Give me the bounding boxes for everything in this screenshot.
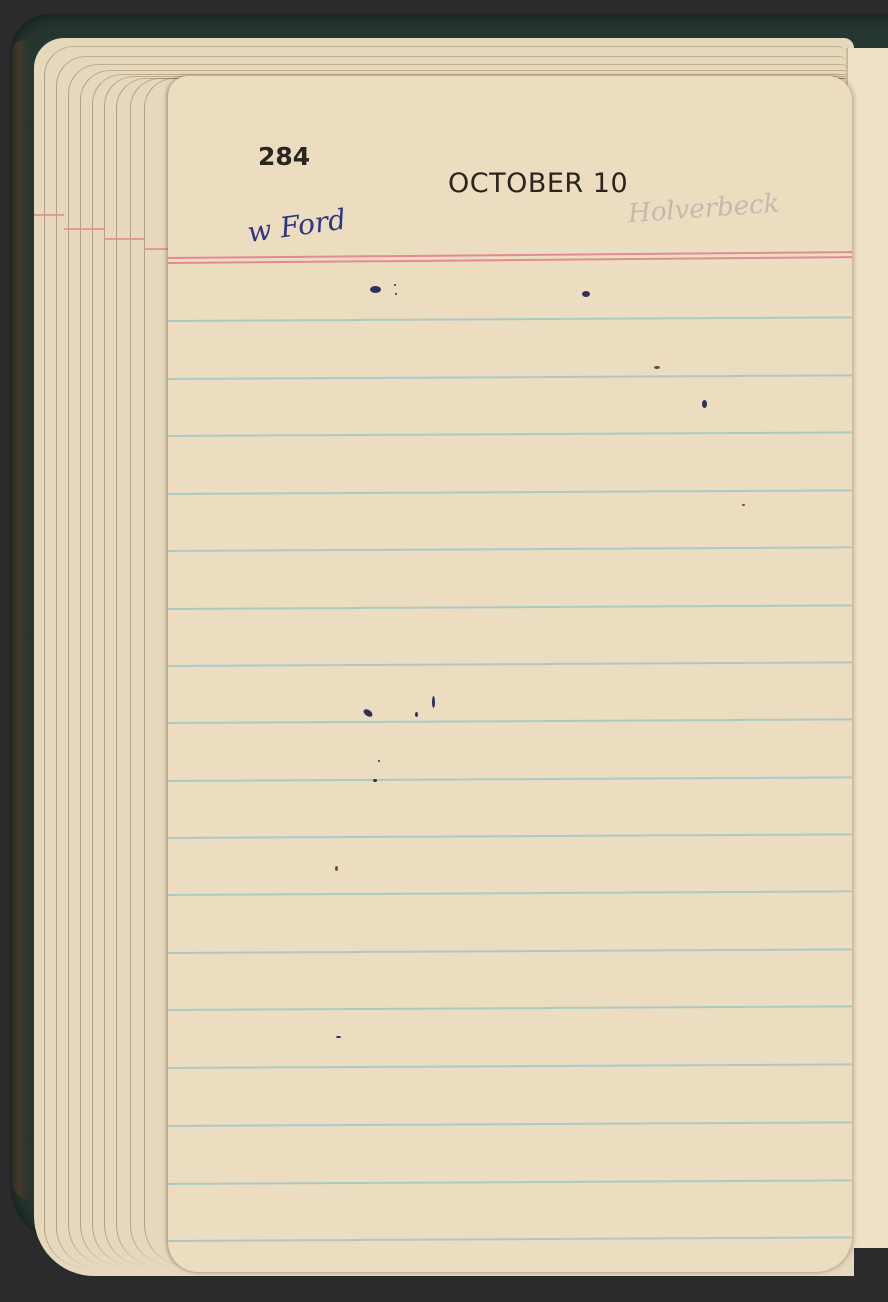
stack-red-rule bbox=[64, 228, 104, 230]
ruled-line bbox=[168, 374, 852, 380]
ink-speck bbox=[432, 696, 435, 708]
ink-speck bbox=[654, 366, 660, 369]
ruled-line bbox=[168, 1121, 852, 1127]
ruled-line bbox=[168, 1005, 852, 1011]
ruled-line bbox=[168, 1236, 852, 1242]
bleed-through-text: Holverbeck bbox=[627, 189, 780, 229]
ink-speck bbox=[415, 712, 418, 717]
ink-speck bbox=[378, 760, 380, 762]
date-heading: OCTOBER 10 bbox=[448, 168, 628, 199]
ruled-line bbox=[168, 776, 852, 782]
handwritten-note: w Ford bbox=[245, 203, 348, 249]
ink-speck bbox=[362, 708, 374, 719]
stack-red-rule bbox=[144, 248, 168, 250]
page-number: 284 bbox=[258, 142, 310, 171]
ruled-line bbox=[168, 546, 852, 552]
ruled-line bbox=[168, 890, 852, 896]
stack-red-rule bbox=[104, 238, 144, 240]
diary-page: 284 OCTOBER 10 w Ford Holverbeck bbox=[168, 76, 852, 1272]
ink-speck bbox=[702, 400, 707, 408]
ruled-line bbox=[168, 948, 852, 954]
ink-speck bbox=[335, 866, 338, 871]
ruled-line bbox=[168, 489, 852, 495]
cover-edge-worn bbox=[12, 40, 30, 1200]
ink-speck bbox=[394, 284, 396, 286]
stack-red-rule bbox=[34, 214, 64, 216]
ruled-line bbox=[168, 604, 852, 610]
ruled-line bbox=[168, 1179, 852, 1185]
ruled-line bbox=[168, 431, 852, 437]
ruled-line bbox=[168, 833, 852, 839]
ink-speck bbox=[395, 293, 397, 295]
ink-speck bbox=[336, 1036, 341, 1038]
ink-speck bbox=[742, 504, 745, 506]
ink-speck bbox=[370, 286, 381, 293]
ink-speck bbox=[373, 779, 377, 782]
facing-page-edge bbox=[846, 48, 888, 1248]
ruled-line bbox=[168, 718, 852, 724]
ruled-line bbox=[168, 661, 852, 667]
ink-speck bbox=[582, 291, 590, 297]
ruled-line bbox=[168, 1063, 852, 1069]
ruled-line bbox=[168, 316, 852, 322]
